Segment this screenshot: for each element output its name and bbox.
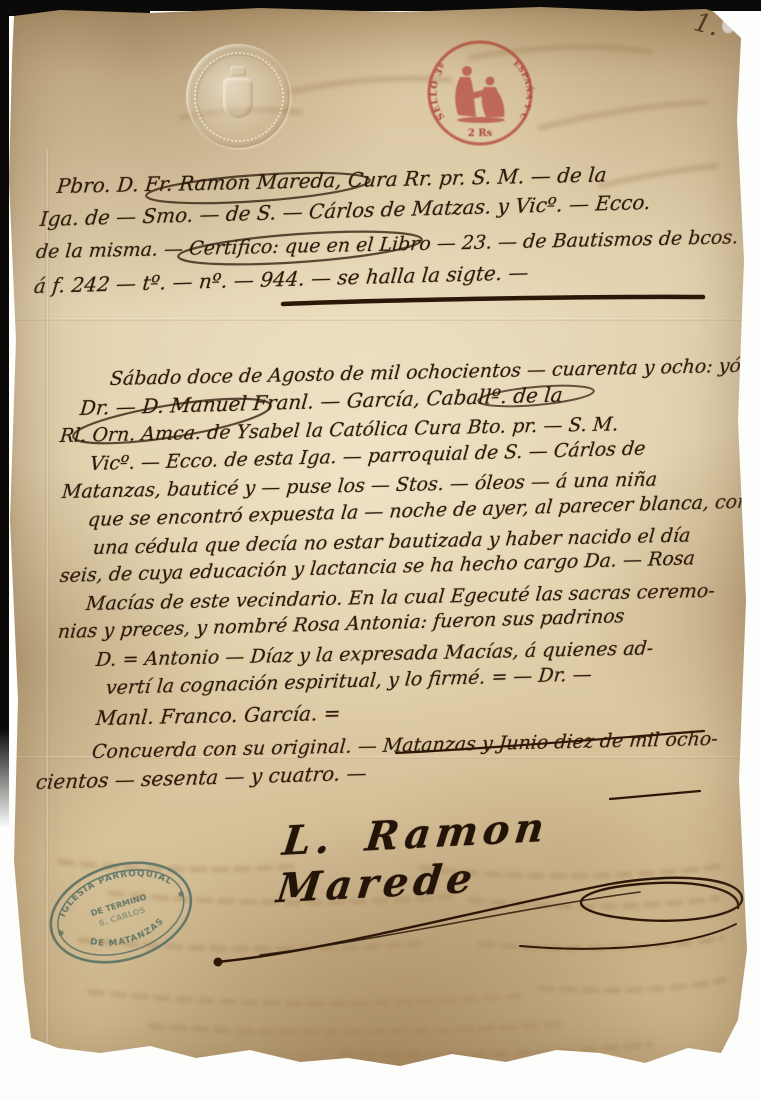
parish-stamp-mid-text-2: S. CARLOS <box>98 905 147 929</box>
svg-text:IGLESIA PARROQUIAL: IGLESIA PARROQUIAL <box>51 856 176 921</box>
revenue-stamp: SELLO 3º ESPAÑA Y COL. 2 Rs <box>424 37 536 149</box>
ink-flourishes <box>0 0 761 1100</box>
handwritten-line: cientos — sesenta — y cuatro. — <box>35 761 368 794</box>
parish-stamp-star-right-icon: ✱ <box>176 888 186 900</box>
handwritten-line: á f. 242 — tº. — nº. — 944. — se halla l… <box>33 260 530 298</box>
revenue-stamp-right-text: ESPAÑA Y COL. <box>424 37 535 122</box>
scanned-document: SELLO 3º ESPAÑA Y COL. 2 Rs 1. Pbro. D. … <box>0 0 761 1100</box>
parish-stamp-star-left-icon: ✱ <box>56 927 66 939</box>
fold-crease-vertical <box>45 150 49 1045</box>
parish-stamp-mid-text-1: DE TERMINO <box>89 892 147 918</box>
embossed-seal-icon <box>186 44 290 148</box>
revenue-stamp-denomination: 2 Rs <box>468 128 493 139</box>
handwritten-line: seis, de cuya educación y lactancia se h… <box>59 547 696 587</box>
ghost-showthrough-writing <box>0 0 761 1100</box>
handwritten-line: Iga. de — Smo. — de S. — Cárlos de Matza… <box>39 190 652 231</box>
handwritten-line: nias y preces, y nombré Rosa Antonia: fu… <box>57 605 626 643</box>
handwritten-line: Concuerda con su original. — Matanzas y … <box>91 728 719 763</box>
parish-stamp-top-text: IGLESIA PARROQUIAL <box>51 856 176 921</box>
svg-text:DE MATANZAS: DE MATANZAS <box>86 915 169 957</box>
fold-crease-horizontal-2 <box>14 756 744 759</box>
handwritten-line: Matanzas, bauticé y — puse los — Stos. —… <box>61 469 658 504</box>
handwritten-line: una cédula que decía no estar bautizada … <box>92 524 691 559</box>
embossed-seal-ring <box>194 52 284 142</box>
revenue-stamp-left-text: SELLO 3º <box>429 62 449 122</box>
signature: L. Ramon Marede <box>274 792 761 912</box>
handwritten-line: Pbro. D. Fr. Ramon Mareda, Cura Rr. pr. … <box>56 162 608 198</box>
embossed-seal-shield <box>223 78 253 118</box>
svg-text:ESPAÑA Y COL.: ESPAÑA Y COL. <box>424 37 535 122</box>
handwritten-line: D. = Antonio — Díaz y la expresada Macía… <box>95 637 654 671</box>
embossed-seal-crown <box>230 66 246 76</box>
folio-number: 1. <box>691 7 723 42</box>
handwritten-line: Macías de este vecindario. En la cual Eg… <box>85 580 716 615</box>
scan-border-left <box>0 0 9 828</box>
svg-text:SELLO 3º: SELLO 3º <box>429 62 449 122</box>
handwritten-line: Manl. Franco. García. = <box>95 701 342 730</box>
fold-crease-horizontal-1 <box>14 318 744 321</box>
revenue-stamp-figures <box>455 66 505 123</box>
handwritten-line: Vicº. — Ecco. de esta Iga. — parroquial … <box>89 437 647 475</box>
punch-hole <box>719 12 740 36</box>
handwritten-line: de la misma. — Certifico: que en el Libr… <box>35 226 761 263</box>
parish-stamp-bottom-text: DE MATANZAS <box>86 915 169 957</box>
parish-stamp: IGLESIA PARROQUIAL DE TERMINO S. CARLOS … <box>30 834 212 992</box>
handwritten-line: vertí la cognación espiritual, y lo firm… <box>105 663 593 699</box>
paper-sheet: SELLO 3º ESPAÑA Y COL. 2 Rs 1. Pbro. D. … <box>0 0 761 1100</box>
handwritten-line: Rl. Orn. Amca. de Ysabel la Católica Cur… <box>59 413 619 447</box>
handwritten-line: Sábado doce de Agosto de mil ochocientos… <box>109 355 742 390</box>
handwritten-line: que se encontró expuesta la — noche de a… <box>87 490 750 531</box>
handwritten-line: Dr. — D. Manuel Franl. — García, Caballº… <box>79 382 564 420</box>
